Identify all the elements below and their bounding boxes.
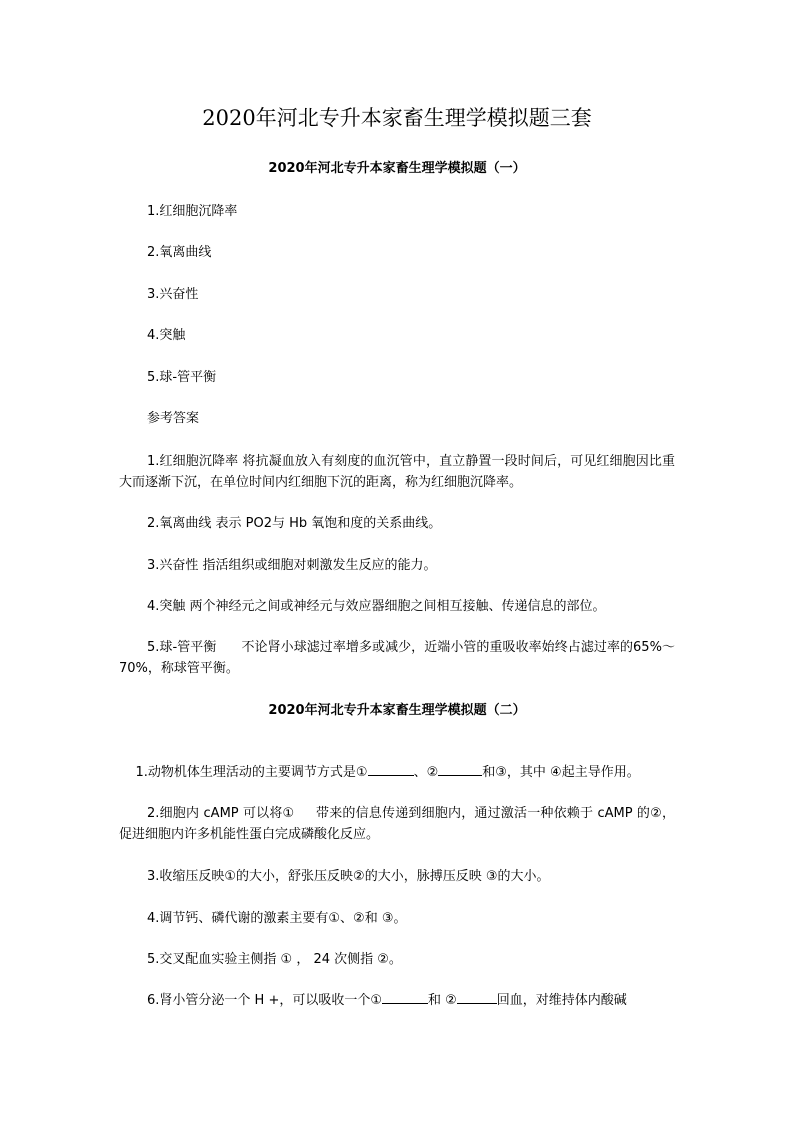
question-4: 4.突触	[147, 327, 185, 345]
answer-4: 4.突触 两个神经元之间或神经元与效应器细胞之间相互接触、传递信息的部位。	[119, 596, 675, 617]
answer-blank	[382, 990, 428, 1004]
fill-question-2: 2.细胞内 cAMP 可以将① 带来的信息传递到细胞内，通过激活一种依赖于 cA…	[119, 803, 675, 845]
section-heading-2: 2020年河北专升本家畜生理学模拟题（二）	[0, 702, 794, 720]
answer-blank	[457, 990, 497, 1004]
question-3: 3.兴奋性	[147, 286, 198, 304]
answer-3: 3.兴奋性 指活组织或细胞对刺激发生反应的能力。	[119, 555, 675, 576]
question-5: 5.球-管平衡	[147, 369, 216, 387]
answer-1: 1.红细胞沉降率 将抗凝血放入有刻度的血沉管中，直立静置一段时间后，可见红细胞因…	[119, 451, 675, 493]
fill-question-1-part-b: 、②	[414, 765, 439, 780]
fill-question-3: 3.收缩压反映①的大小，舒张压反映②的大小，脉搏压反映 ③的大小。	[119, 866, 675, 887]
document-title: 2020年河北专升本家畜生理学模拟题三套	[0, 104, 794, 132]
answer-blank	[368, 762, 414, 776]
section-heading-1: 2020年河北专升本家畜生理学模拟题（一）	[0, 160, 794, 178]
fill-question-4: 4.调节钙、磷代谢的激素主要有①、②和 ③。	[119, 908, 675, 929]
fill-question-6: 6.肾小管分泌一个 H +，可以吸收一个①和 ②回血，对维持体内酸碱	[119, 990, 675, 1011]
fill-question-5: 5.交叉配血实验主侧指 ① ， 24 次侧指 ②。	[119, 949, 675, 970]
fill-question-1-part-c: 和③，其中 ④起主导作用。	[482, 765, 639, 780]
answer-5: 5.球-管平衡 不论肾小球滤过率增多或减少，近端小管的重吸收率始终占滤过率的65…	[119, 637, 675, 679]
answer-blank	[438, 762, 482, 776]
fill-question-6-part-c: 回血，对维持体内酸碱	[497, 993, 627, 1008]
document-page: 2020年河北专升本家畜生理学模拟题三套 2020年河北专升本家畜生理学模拟题（…	[0, 0, 794, 1123]
fill-question-1-part-a: 1.动物机体生理活动的主要调节方式是①	[136, 765, 368, 780]
fill-question-1: 1.动物机体生理活动的主要调节方式是①、②和③，其中 ④起主导作用。	[119, 741, 675, 804]
answers-heading: 参考答案	[147, 410, 199, 428]
answer-2: 2.氧离曲线 表示 PO2与 Hb 氧饱和度的关系曲线。	[119, 513, 675, 534]
question-1: 1.红细胞沉降率	[147, 203, 237, 221]
fill-question-6-part-b: 和 ②	[428, 993, 457, 1008]
question-2: 2.氧离曲线	[147, 244, 211, 262]
fill-question-6-part-a: 6.肾小管分泌一个 H +，可以吸收一个①	[147, 993, 382, 1008]
